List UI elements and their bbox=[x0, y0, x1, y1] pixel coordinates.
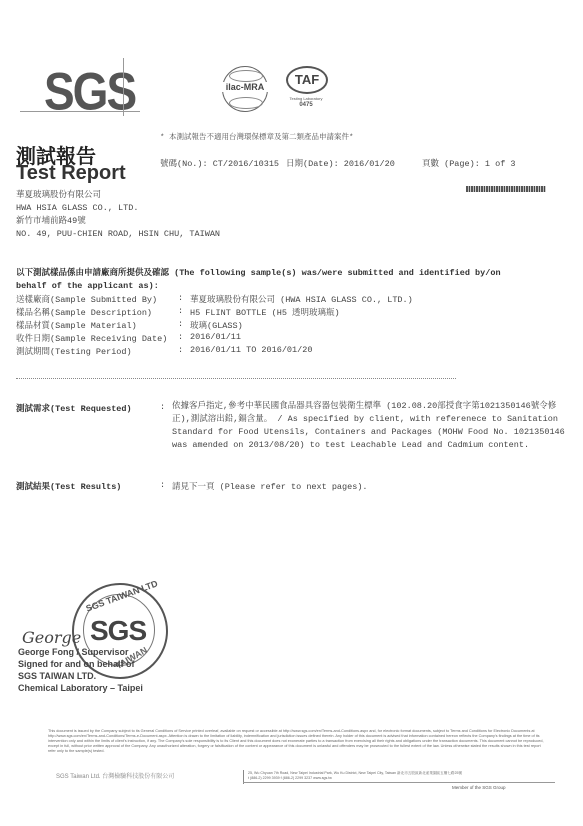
member-of-group: Member of the SGS Group bbox=[452, 785, 506, 790]
taf-logo: TAF bbox=[286, 66, 328, 94]
field-colon: : bbox=[178, 293, 183, 303]
stamp-logo: SGS bbox=[90, 615, 146, 647]
client-address-zh: 新竹市埔前路49號 bbox=[16, 215, 220, 228]
test-results-colon: : bbox=[160, 480, 165, 490]
client-name-en: HWA HSIA GLASS CO., LTD. bbox=[16, 202, 220, 215]
field-label: 測試期間(Testing Period) bbox=[16, 345, 132, 357]
sgs-logo-text: SGS bbox=[44, 60, 135, 122]
ilac-label: ilac-MRA bbox=[221, 82, 269, 92]
logo-rule-vertical bbox=[123, 58, 124, 116]
field-value: 玻璃(GLASS) bbox=[190, 319, 243, 331]
sgs-logo: SGS bbox=[20, 58, 140, 114]
field-value: 2016/01/11 bbox=[190, 332, 241, 342]
report-notice: * 本測試報告不適用台灣環保標章及第二類產品申請案件* bbox=[160, 131, 354, 142]
test-requested-colon: : bbox=[160, 402, 165, 412]
sample-intro: 以下測試樣品係由申請廠商所提供及確認 (The following sample… bbox=[16, 267, 501, 293]
report-title-en: Test Report bbox=[16, 162, 126, 185]
legal-disclaimer: This document is issued by the Company s… bbox=[48, 729, 548, 754]
field-value: 華夏玻璃股份有限公司 (HWA HSIA GLASS CO., LTD.) bbox=[190, 293, 413, 305]
section-divider bbox=[16, 378, 456, 379]
taf-subtitle: Testing Laboratory bbox=[276, 96, 336, 101]
field-label: 送樣廠商(Sample Submitted By) bbox=[16, 293, 157, 305]
field-value: 2016/01/11 TO 2016/01/20 bbox=[190, 345, 312, 355]
field-colon: : bbox=[178, 306, 183, 316]
client-block: 華夏玻璃股份有限公司 HWA HSIA GLASS CO., LTD. 新竹市埔… bbox=[16, 189, 220, 241]
signer-lab: Chemical Laboratory – Taipei bbox=[18, 682, 143, 694]
ilac-mra-logo: ilac-MRA bbox=[222, 66, 268, 112]
logo-rule bbox=[20, 111, 140, 112]
field-label: 收件日期(Sample Receiving Date) bbox=[16, 332, 167, 344]
signer-company: SGS TAIWAN LTD. bbox=[18, 670, 143, 682]
test-requested-value: 依據客戶指定,參考中華民國食品器具容器包裝衛生標準 (102.08.20部授食字… bbox=[172, 400, 572, 452]
signer-name: George Fong / Supervisor bbox=[18, 646, 143, 658]
footer-phone: t (886-2) 2299 3939 f (886-2) 2299 3237 … bbox=[248, 776, 462, 781]
report-number: 號碼(No.): CT/2016/10315 bbox=[160, 157, 279, 169]
field-value: H5 FLINT BOTTLE (H5 透明玻璃瓶) bbox=[190, 306, 340, 318]
sample-intro-line2: behalf of the applicant as): bbox=[16, 280, 501, 293]
barcode bbox=[466, 186, 546, 192]
signer-block: George Fong / Supervisor Signed for and … bbox=[18, 646, 143, 694]
page-number: 頁數 (Page): 1 of 3 bbox=[422, 157, 516, 169]
ilac-arc bbox=[229, 70, 263, 82]
sample-intro-line1: 以下測試樣品係由申請廠商所提供及確認 (The following sample… bbox=[16, 267, 501, 280]
test-results-label: 測試結果(Test Results) bbox=[16, 480, 121, 492]
field-label: 樣品材質(Sample Material) bbox=[16, 319, 137, 331]
taf-lab-number: 0475 bbox=[276, 102, 336, 108]
test-requested-label: 測試需求(Test Requested) bbox=[16, 402, 132, 414]
client-name-zh: 華夏玻璃股份有限公司 bbox=[16, 189, 220, 202]
field-colon: : bbox=[178, 319, 183, 329]
footer-company: SGS Taiwan Ltd. 台灣檢驗科技股份有限公司 bbox=[56, 771, 174, 780]
footer-rule bbox=[243, 782, 555, 783]
ilac-arc bbox=[229, 97, 263, 109]
report-date: 日期(Date): 2016/01/20 bbox=[286, 157, 395, 169]
field-label: 樣品名稱(Sample Description) bbox=[16, 306, 152, 318]
client-address-en: NO. 49, PUU-CHIEN ROAD, HSIN CHU, TAIWAN bbox=[16, 228, 220, 241]
field-colon: : bbox=[178, 345, 183, 355]
test-results-value: 請見下一頁 (Please refer to next pages). bbox=[172, 480, 368, 492]
footer-address-block: 25, Wu Chyuan 7th Road, New Taipei Indus… bbox=[248, 771, 462, 781]
signed-for: Signed for and on behalf of bbox=[18, 658, 143, 670]
handwritten-signature: George bbox=[22, 628, 81, 647]
field-colon: : bbox=[178, 332, 183, 342]
